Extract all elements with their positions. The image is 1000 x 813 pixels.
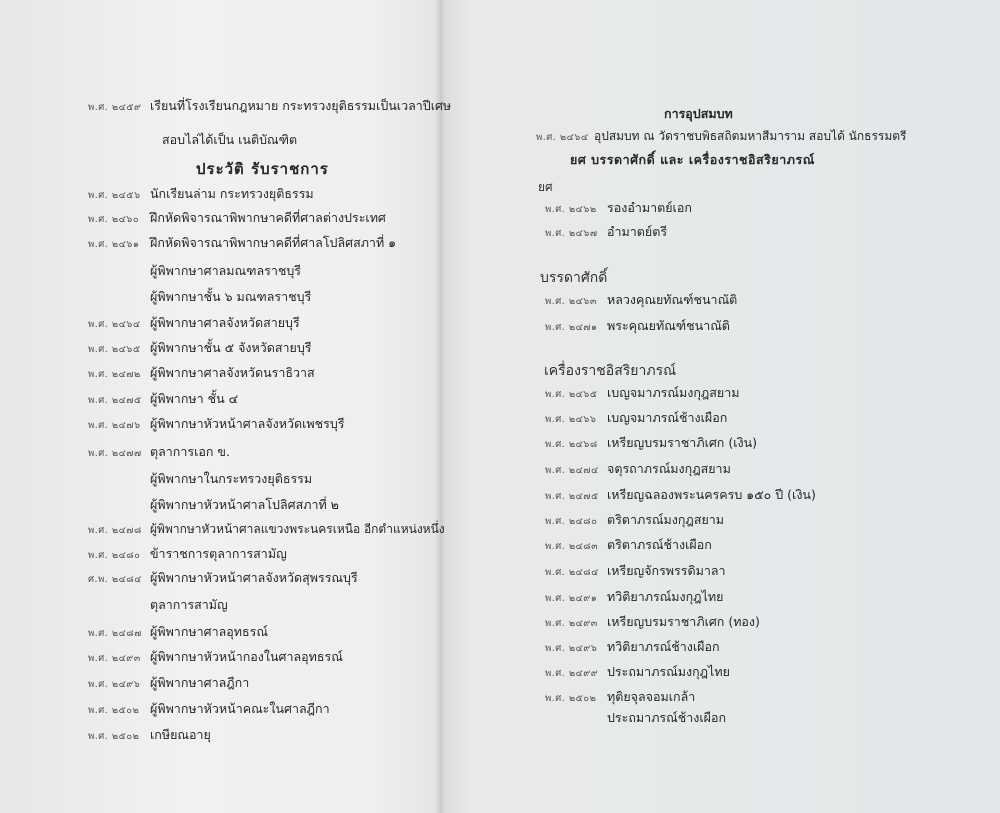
entry-year: พ.ศ. ๒๔๗๑ — [545, 320, 607, 336]
decoration-entry: พ.ศ. ๒๔๙๖ทวิติยาภรณ์ช้างเผือก — [545, 639, 720, 657]
entry-year: พ.ศ. ๒๔๗๘ — [88, 523, 150, 539]
entry-text: เบญจมาภรณ์ช้างเผือก — [607, 410, 727, 425]
entry-year: พ.ศ. ๒๔๖๕ — [545, 387, 607, 403]
entry-text: ประถมาภรณ์ช้างเผือก — [607, 710, 726, 725]
entry-text: ผู้พิพากษาชั้น ๕ จังหวัดสายบุรี — [150, 340, 312, 355]
career-entry: ผู้พิพากษาในกระทรวงยุติธรรม — [88, 471, 312, 487]
entry-text: หลวงคุณยทัณฑ์ชนาณัติ — [607, 292, 737, 307]
section-title-career: ประวัติ รับราชการ — [196, 157, 329, 181]
decoration-entry: พ.ศ. ๒๔๗๕เหรียญฉลองพระนครครบ ๑๕๐ ปี (เงิ… — [545, 487, 816, 505]
decoration-entry: พ.ศ. ๒๕๐๒ทุติยจุลจอมเกล้า — [545, 689, 695, 707]
entry-year: พ.ศ. ๒๔๗๗ — [88, 446, 150, 462]
decoration-entry: พ.ศ. ๒๔๗๔จตุรถาภรณ์มงกุฎสยาม — [545, 461, 731, 479]
entry-year: พ.ศ. ๒๕๐๒ — [545, 691, 607, 707]
career-entry: พ.ศ. ๒๔๗๒ผู้พิพากษาศาลจังหวัดนราธิวาส — [88, 365, 315, 383]
entry-text: ผู้พิพากษาชั้น ๖ มณฑลราชบุรี — [150, 289, 311, 304]
decoration-entry: พ.ศ. ๒๔๘๓ตริตาภรณ์ช้างเผือก — [545, 537, 712, 555]
career-entry: พ.ศ. ๒๔๖๑ฝึกหัดพิจารณาพิพากษาคดีที่ศาลโป… — [88, 235, 396, 253]
entry-text: เรียนที่โรงเรียนกฎหมาย กระทรวงยุติธรรมเป… — [150, 98, 451, 113]
decoration-entry: พ.ศ. ๒๔๙๑ทวิติยาภรณ์มงกุฎไทย — [545, 589, 723, 607]
entry-year: พ.ศ. ๒๔๗๕ — [88, 393, 150, 409]
entry-text: ทวิติยาภรณ์ช้างเผือก — [607, 639, 720, 654]
career-entry: พ.ศ. ๒๔๖๔ผู้พิพากษาศาลจังหวัดสายบุรี — [88, 315, 300, 333]
entry-text: พระคุณยทัณฑ์ชนาณัติ — [607, 318, 730, 333]
entry-year: พ.ศ. ๒๔๙๖ — [545, 641, 607, 657]
career-entry: พ.ศ. ๒๕๐๒ผู้พิพากษาหัวหน้าคณะในศาลฎีกา — [88, 701, 330, 719]
entry-year: พ.ศ. ๒๔๙๓ — [545, 616, 607, 632]
career-entry: ศ.พ. ๒๔๘๔ผู้พิพากษาหัวหน้าศาลจังหวัดสุพร… — [88, 570, 358, 588]
entry-text: ข้าราชการตุลาการสามัญ — [150, 546, 287, 561]
career-entry: พ.ศ. ๒๔๖๐ฝึกหัดพิจารณาพิพากษาคดีที่ศาลต่… — [88, 210, 386, 228]
entry-text: ผู้พิพากษาหัวหน้ากองในศาลอุทธรณ์ — [150, 649, 343, 664]
rank-title: ยศ — [538, 178, 553, 197]
title-rank-heading: บรรดาศักดิ์ — [540, 267, 607, 289]
title-rank-entry: พ.ศ. ๒๔๖๓หลวงคุณยทัณฑ์ชนาณัติ — [545, 292, 737, 310]
entry-text: จตุรถาภรณ์มงกุฎสยาม — [607, 461, 731, 476]
entry-text: เหรียญจักรพรรดิมาลา — [607, 563, 726, 578]
entry-text: ผู้พิพากษาในกระทรวงยุติธรรม — [150, 471, 312, 486]
entry-text: ผู้พิพากษา ชั้น ๔ — [150, 391, 238, 406]
career-entry: พ.ศ. ๒๔๙๓ผู้พิพากษาหัวหน้ากองในศาลอุทธรณ… — [88, 649, 343, 667]
entry-text: ตุลาการเอก ข. — [150, 444, 230, 459]
entry-text: ตุลาการสามัญ — [150, 597, 228, 612]
career-entry: พ.ศ. ๒๔๘๗ผู้พิพากษาศาลอุทธรณ์ — [88, 624, 268, 642]
entry-text: ตริตาภรณ์มงกุฎสยาม — [607, 512, 724, 527]
entry-year: พ.ศ. ๒๔๘๔ — [545, 565, 607, 581]
entry-year: พ.ศ. ๒๔๖๖ — [545, 412, 607, 428]
career-entry: ผู้พิพากษาหัวหน้าศาลโปลิศสภาที่ ๒ — [88, 497, 339, 513]
entry-year: พ.ศ. ๒๔๖๔ — [536, 130, 594, 146]
entry-year: พ.ศ. ๒๔๗๖ — [88, 418, 150, 434]
entry-text: เกษียณอายุ — [150, 727, 211, 742]
decoration-entry: พ.ศ. ๒๔๖๖เบญจมาภรณ์ช้างเผือก — [545, 410, 727, 428]
career-entry: พ.ศ. ๒๔๕๖นักเรียนล่าม กระทรวงยุติธรรม — [88, 186, 314, 204]
entry-text: ฝึกหัดพิจารณาพิพากษาคดีที่ศาลโปลิศสภาที่… — [150, 235, 396, 250]
entry-year: พ.ศ. ๒๔๘๗ — [88, 626, 150, 642]
entry-text: อำมาตย์ตรี — [607, 224, 667, 239]
decoration-entry: ประถมาภรณ์ช้างเผือก — [545, 710, 726, 726]
honors-title: ยศ บรรดาศักดิ์ และ เครื่องราชอิสริยาภรณ์ — [570, 150, 815, 170]
decoration-entry: พ.ศ. ๒๔๙๓เหรียญบรมราชาภิเศก (ทอง) — [545, 614, 760, 632]
entry-year: พ.ศ. ๒๔๙๖ — [88, 677, 150, 693]
entry-text: เหรียญบรมราชาภิเศก (เงิน) — [607, 435, 757, 450]
entry-year: พ.ศ. ๒๔๗๒ — [88, 367, 150, 383]
career-entry: พ.ศ. ๒๕๐๒เกษียณอายุ — [88, 727, 211, 745]
entry-year: พ.ศ. ๒๕๐๒ — [88, 703, 150, 719]
entry-text: ผู้พิพากษาหัวหน้าคณะในศาลฎีกา — [150, 701, 330, 716]
entry-text: ทุติยจุลจอมเกล้า — [607, 689, 695, 704]
intro-entry: พ.ศ. ๒๔๕๙เรียนที่โรงเรียนกฎหมาย กระทรวงย… — [88, 98, 451, 116]
entry-year: พ.ศ. ๒๔๖๔ — [88, 317, 150, 333]
entry-text: เหรียญฉลองพระนครครบ ๑๕๐ ปี (เงิน) — [607, 487, 816, 502]
decoration-entry: พ.ศ. ๒๔๖๕เบญจมาภรณ์มงกุฎสยาม — [545, 385, 740, 403]
entry-text: ประถมาภรณ์มงกุฎไทย — [607, 664, 730, 679]
decoration-entry: พ.ศ. ๒๔๘๔เหรียญจักรพรรดิมาลา — [545, 563, 726, 581]
entry-year: พ.ศ. ๒๔๖๘ — [545, 437, 607, 453]
entry-year: พ.ศ. ๒๔๗๕ — [545, 489, 607, 505]
book-gutter — [434, 0, 446, 813]
entry-text: ทวิติยาภรณ์มงกุฎไทย — [607, 589, 723, 604]
entry-text: เบญจมาภรณ์มงกุฎสยาม — [607, 385, 740, 400]
entry-year: พ.ศ. ๒๔๘๐ — [88, 548, 150, 564]
entry-text: เหรียญบรมราชาภิเศก (ทอง) — [607, 614, 760, 629]
entry-text: ผู้พิพากษาศาลมณฑลราชบุรี — [150, 263, 301, 278]
ordination-title: การอุปสมบท — [664, 104, 733, 124]
entry-year: พ.ศ. ๒๔๖๓ — [545, 294, 607, 310]
entry-year: พ.ศ. ๒๔๙๓ — [88, 651, 150, 667]
entry-text: อุปสมบท ณ วัดราชบพิธสถิตมหาสีมาราม สอบได… — [594, 129, 907, 143]
entry-text: ผู้พิพากษาศาลจังหวัดสายบุรี — [150, 315, 300, 330]
entry-text: ผู้พิพากษาหัวหน้าศาลแขวงพระนครเหนือ อีกต… — [150, 522, 445, 536]
entry-year: พ.ศ. ๒๔๕๖ — [88, 188, 150, 204]
entry-text: ผู้พิพากษาศาลอุทธรณ์ — [150, 624, 268, 639]
entry-year: พ.ศ. ๒๔๖๑ — [88, 237, 150, 253]
entry-year: พ.ศ. ๒๔๘๓ — [545, 539, 607, 555]
career-entry: พ.ศ. ๒๔๗๘ผู้พิพากษาหัวหน้าศาลแขวงพระนครเ… — [88, 521, 445, 539]
decorations-heading: เครื่องราชอิสริยาภรณ์ — [544, 360, 676, 382]
entry-year: พ.ศ. ๒๔๖๕ — [88, 342, 150, 358]
entry-year: ศ.พ. ๒๔๘๔ — [88, 572, 150, 588]
decoration-entry: พ.ศ. ๒๔๘๐ตริตาภรณ์มงกุฎสยาม — [545, 512, 724, 530]
rank-entry: พ.ศ. ๒๔๖๒รองอำมาตย์เอก — [545, 200, 692, 218]
career-entry: พ.ศ. ๒๔๘๐ข้าราชการตุลาการสามัญ — [88, 546, 287, 564]
ordination-entry: พ.ศ. ๒๔๖๔อุปสมบท ณ วัดราชบพิธสถิตมหาสีมา… — [536, 128, 907, 146]
entry-text: ผู้พิพากษาหัวหน้าศาลโปลิศสภาที่ ๒ — [150, 497, 339, 512]
career-entry: พ.ศ. ๒๔๖๕ผู้พิพากษาชั้น ๕ จังหวัดสายบุรี — [88, 340, 312, 358]
entry-year: พ.ศ. ๒๔๕๙ — [88, 100, 150, 116]
career-entry: พ.ศ. ๒๔๙๖ผู้พิพากษาศาลฎีกา — [88, 675, 249, 693]
intro-continuation: สอบไล่ได้เป็น เนติบัณฑิต — [162, 130, 297, 150]
entry-text: ผู้พิพากษาศาลจังหวัดนราธิวาส — [150, 365, 315, 380]
entry-year: พ.ศ. ๒๔๙๙ — [545, 666, 607, 682]
entry-year: พ.ศ. ๒๔๙๑ — [545, 591, 607, 607]
entry-year: พ.ศ. ๒๕๐๒ — [88, 729, 150, 745]
entry-year: พ.ศ. ๒๔๘๐ — [545, 514, 607, 530]
career-entry: ตุลาการสามัญ — [88, 597, 228, 613]
entry-text: ตริตาภรณ์ช้างเผือก — [607, 537, 712, 552]
entry-text: รองอำมาตย์เอก — [607, 200, 692, 215]
decoration-entry: พ.ศ. ๒๔๙๙ประถมาภรณ์มงกุฎไทย — [545, 664, 730, 682]
entry-text: ฝึกหัดพิจารณาพิพากษาคดีที่ศาลต่างประเทศ — [150, 210, 386, 225]
career-entry: ผู้พิพากษาชั้น ๖ มณฑลราชบุรี — [88, 289, 311, 305]
career-entry: พ.ศ. ๒๔๗๕ผู้พิพากษา ชั้น ๔ — [88, 391, 238, 409]
title-rank-entry: พ.ศ. ๒๔๗๑พระคุณยทัณฑ์ชนาณัติ — [545, 318, 730, 336]
entry-text: ผู้พิพากษาหัวหน้าศาลจังหวัดเพชรบุรี — [150, 416, 345, 431]
entry-year: พ.ศ. ๒๔๖๐ — [88, 212, 150, 228]
entry-year: พ.ศ. ๒๔๗๔ — [545, 463, 607, 479]
entry-text: นักเรียนล่าม กระทรวงยุติธรรม — [150, 186, 314, 201]
career-entry: ผู้พิพากษาศาลมณฑลราชบุรี — [88, 263, 301, 279]
career-entry: พ.ศ. ๒๔๗๗ตุลาการเอก ข. — [88, 444, 230, 462]
career-entry: พ.ศ. ๒๔๗๖ผู้พิพากษาหัวหน้าศาลจังหวัดเพชร… — [88, 416, 345, 434]
entry-text: ผู้พิพากษาศาลฎีกา — [150, 675, 249, 690]
rank-entry: พ.ศ. ๒๔๖๗อำมาตย์ตรี — [545, 224, 667, 242]
entry-text: ผู้พิพากษาหัวหน้าศาลจังหวัดสุพรรณบุรี — [150, 570, 358, 585]
entry-year: พ.ศ. ๒๔๖๗ — [545, 226, 607, 242]
entry-year: พ.ศ. ๒๔๖๒ — [545, 202, 607, 218]
decoration-entry: พ.ศ. ๒๔๖๘เหรียญบรมราชาภิเศก (เงิน) — [545, 435, 757, 453]
